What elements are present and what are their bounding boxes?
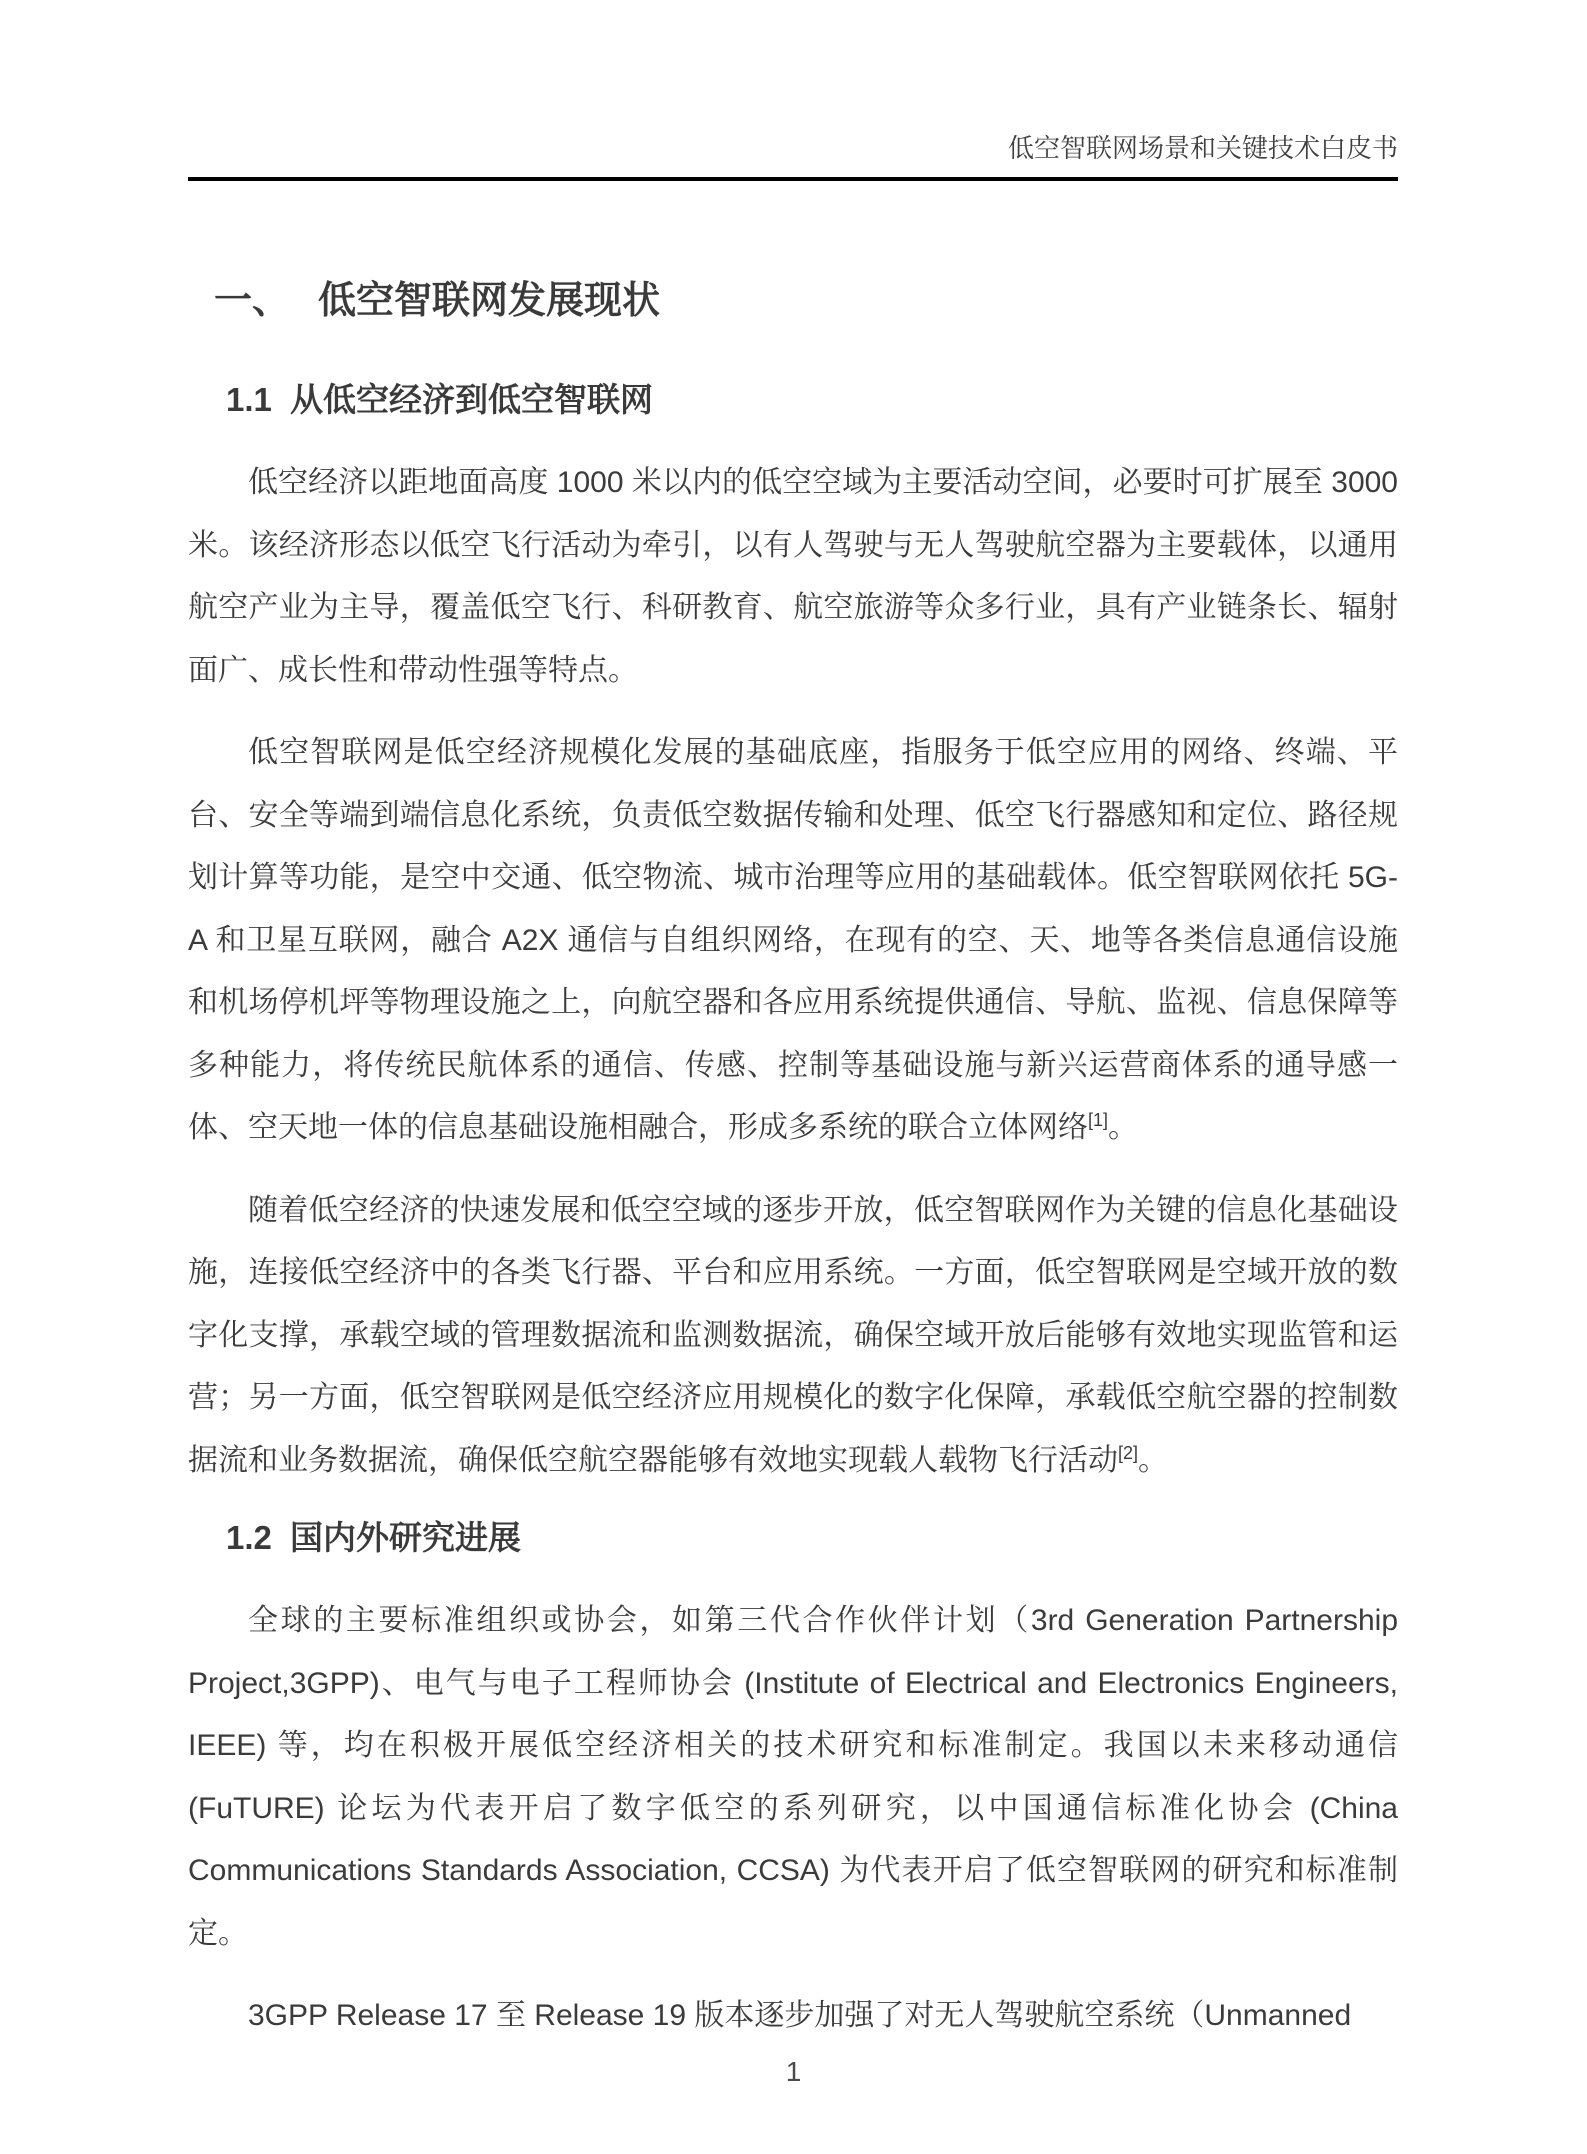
section-title: 国内外研究进展 [290, 1519, 521, 1556]
paragraph: 随着低空经济的快速发展和低空空域的逐步开放，低空智联网作为关键的信息化基础设施，… [188, 1180, 1398, 1493]
section-1.2: 1.2国内外研究进展全球的主要标准组织或协会，如第三代合作伙伴计划（3rd Ge… [188, 1516, 1398, 2048]
sections-container: 1.1从低空经济到低空智联网低空经济以距地面高度 1000 米以内的低空空域为主… [188, 378, 1398, 2048]
header-title: 低空智联网场景和关键技术白皮书 [188, 0, 1398, 165]
header-rule [188, 177, 1398, 181]
section-number: 1.1 [226, 378, 290, 422]
document-body: 一、低空智联网发展现状 1.1从低空经济到低空智联网低空经济以距地面高度 100… [188, 184, 1398, 2048]
chapter-number: 一、 [214, 276, 318, 326]
paragraph: 全球的主要标准组织或协会，如第三代合作伙伴计划（3rd Generation P… [188, 1590, 1398, 1965]
page-number: 1 [786, 2056, 802, 2087]
footnote-ref: [1] [1088, 1110, 1108, 1130]
paragraph-text: 全球的主要标准组织或协会，如第三代合作伙伴计划（3rd Generation P… [188, 1604, 1398, 1950]
paragraph-text: 3GPP Release 17 至 Release 19 版本逐步加强了对无人驾… [248, 1999, 1351, 2032]
section-heading: 1.1从低空经济到低空智联网 [226, 378, 1398, 422]
paragraph: 3GPP Release 17 至 Release 19 版本逐步加强了对无人驾… [188, 1985, 1398, 2048]
page-header: 低空智联网场景和关键技术白皮书 [188, 0, 1398, 181]
paragraph: 低空智联网是低空经济规模化发展的基础底座，指服务于低空应用的网络、终端、平台、安… [188, 722, 1398, 1160]
section-heading: 1.2国内外研究进展 [226, 1516, 1398, 1560]
paragraph-text: 随着低空经济的快速发展和低空空域的逐步开放，低空智联网作为关键的信息化基础设施，… [188, 1194, 1398, 1477]
document-page: 低空智联网场景和关键技术白皮书 一、低空智联网发展现状 1.1从低空经济到低空智… [0, 0, 1587, 2154]
section-1.1: 1.1从低空经济到低空智联网低空经济以距地面高度 1000 米以内的低空空域为主… [188, 378, 1398, 1492]
paragraph-text: 低空智联网是低空经济规模化发展的基础底座，指服务于低空应用的网络、终端、平台、安… [188, 736, 1398, 1144]
paragraph-text: 低空经济以距地面高度 1000 米以内的低空空域为主要活动空间，必要时可扩展至 … [188, 466, 1398, 687]
paragraph-text: 。 [1108, 1111, 1138, 1144]
chapter-heading: 一、低空智联网发展现状 [214, 276, 1398, 326]
paragraph: 低空经济以距地面高度 1000 米以内的低空空域为主要活动空间，必要时可扩展至 … [188, 452, 1398, 702]
section-number: 1.2 [226, 1516, 290, 1560]
chapter-title: 低空智联网发展现状 [318, 280, 660, 322]
section-title: 从低空经济到低空智联网 [290, 381, 653, 418]
footnote-ref: [2] [1118, 1443, 1138, 1463]
paragraph-text: 。 [1138, 1444, 1168, 1477]
page-footer: 1 [0, 2054, 1587, 2090]
